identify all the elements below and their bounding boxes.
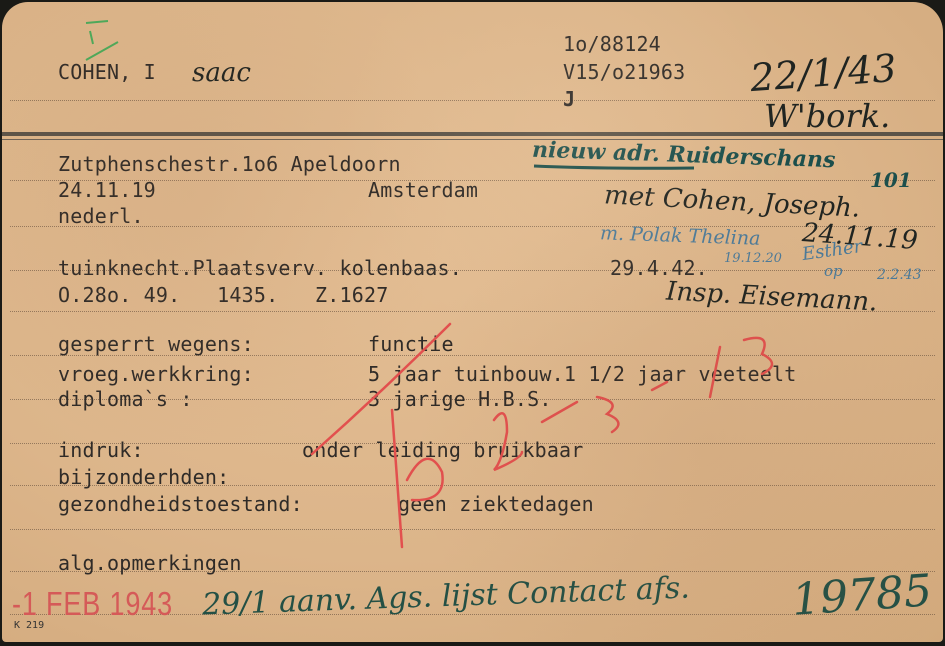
remark-number: 19785 xyxy=(791,569,934,623)
received-date-stamp: -1 FEB 1943 xyxy=(12,587,173,620)
archive-index-card: COHEN, I saac 1o/88124 V15/o21963 J 22/1… xyxy=(2,2,943,642)
red-pencil-marks xyxy=(2,2,943,642)
form-code: K 219 xyxy=(14,620,44,631)
